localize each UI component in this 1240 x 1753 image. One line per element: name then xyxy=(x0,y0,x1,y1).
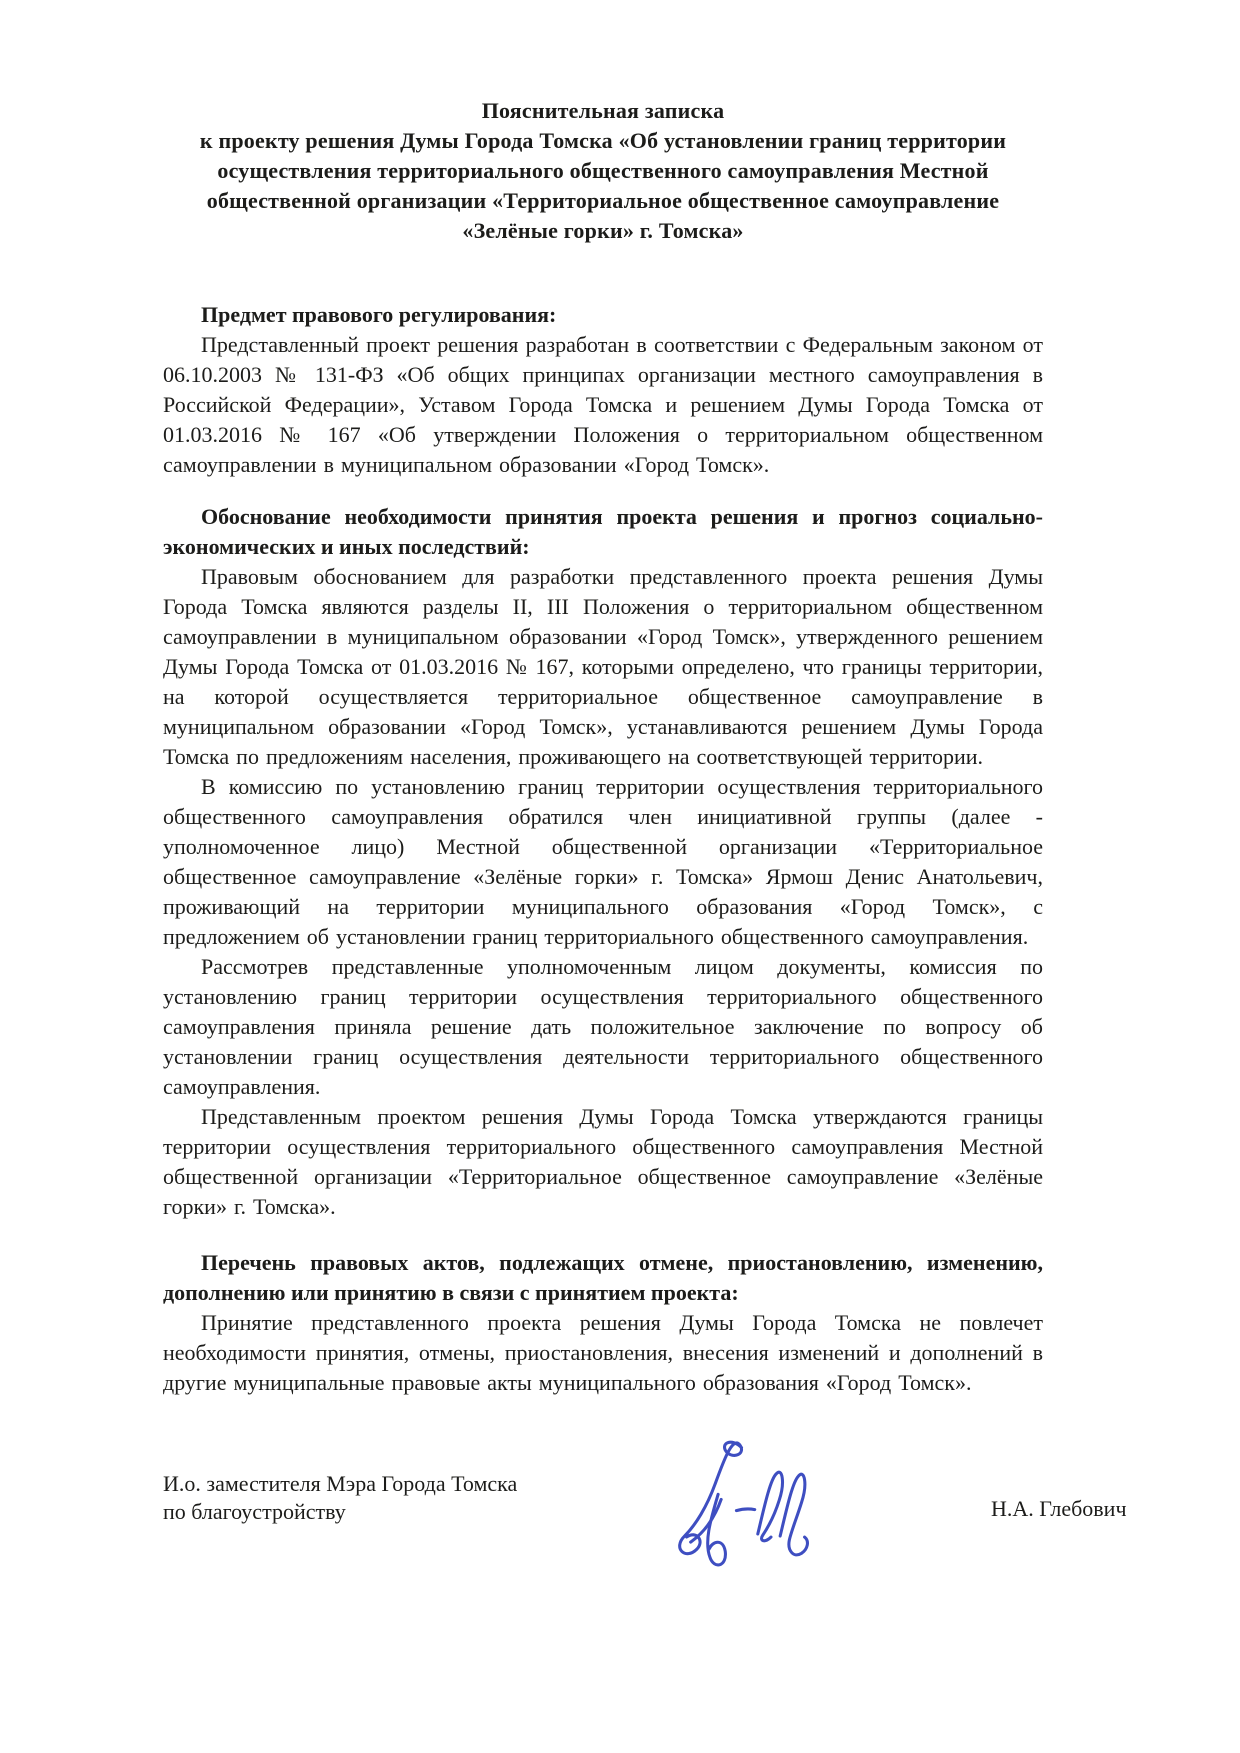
signature-role-line2: по благоустройству xyxy=(163,1498,517,1526)
title-line: к проекту решения Думы Города Томска «Об… xyxy=(163,126,1043,156)
handwritten-signature-icon xyxy=(652,1434,830,1574)
paragraph: В комиссию по установлению границ террит… xyxy=(163,772,1043,952)
paragraph: Представленный проект решения разработан… xyxy=(163,330,1043,480)
section-heading-justification: Обоснование необходимости принятия проек… xyxy=(163,502,1043,562)
title-line: «Зелёные горки» г. Томска» xyxy=(163,216,1043,246)
paragraph: Рассмотрев представленные уполномоченным… xyxy=(163,952,1043,1102)
section-heading-acts-list: Перечень правовых актов, подлежащих отме… xyxy=(163,1248,1043,1308)
scanned-document-page: Пояснительная записка к проекту решения … xyxy=(0,0,1240,1753)
section-heading-subject: Предмет правового регулирования: xyxy=(163,300,1043,330)
signature-name: Н.А. Глебович xyxy=(991,1496,1127,1522)
paragraph: Принятие представленного проекта решения… xyxy=(163,1308,1043,1398)
title-line: общественной организации «Территориально… xyxy=(163,186,1043,216)
document-title: Пояснительная записка к проекту решения … xyxy=(163,96,1043,246)
signature-role-title: И.о. заместителя Мэра Города Томска по б… xyxy=(163,1470,517,1526)
document-body: Пояснительная записка к проекту решения … xyxy=(163,96,1043,1398)
title-line: Пояснительная записка xyxy=(163,96,1043,126)
paragraph: Представленным проектом решения Думы Гор… xyxy=(163,1102,1043,1222)
title-line: осуществления территориального обществен… xyxy=(163,156,1043,186)
paragraph: Правовым обоснованием для разработки пре… xyxy=(163,562,1043,772)
signature-role-line1: И.о. заместителя Мэра Города Томска xyxy=(163,1470,517,1498)
